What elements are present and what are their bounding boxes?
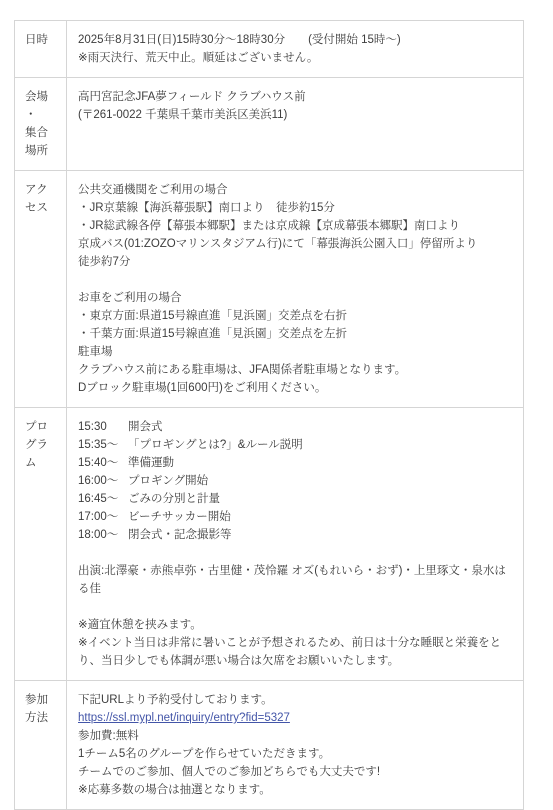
schedule-time: 15:30 xyxy=(78,418,128,436)
text-line: 駐車場 xyxy=(78,343,509,361)
text-line: ※適宜休憩を挟みます。 xyxy=(78,616,509,634)
schedule-line: 16:45〜ごみの分別と計量 xyxy=(78,490,509,508)
row-label-datetime: 日時 xyxy=(15,21,67,77)
row-label-program: プログラム xyxy=(15,408,67,680)
table-row-access: アクセス公共交通機関をご利用の場合・JR京葉線【海浜幕張駅】南口より 徒歩約15… xyxy=(15,170,523,407)
row-label-line: 会場 xyxy=(25,88,62,106)
text-line: 参加費:無料 xyxy=(78,727,509,745)
text-line: ・東京方面:県道15号線直進「見浜園」交差点を右折 xyxy=(78,307,509,325)
text-line: ・千葉方面:県道15号線直進「見浜園」交差点を左折 xyxy=(78,325,509,343)
schedule-line: 17:00〜ビーチサッカー開始 xyxy=(78,508,509,526)
schedule-title: ビーチサッカー開始 xyxy=(128,508,509,526)
text-line: 2025年8月31日(日)15時30分〜18時30分 (受付開始 15時〜) xyxy=(78,31,509,49)
schedule-title: プロギング開始 xyxy=(128,472,509,490)
page: 日時2025年8月31日(日)15時30分〜18時30分 (受付開始 15時〜)… xyxy=(0,0,553,810)
blank-line xyxy=(78,142,509,160)
schedule-title: 「プロギングとは?」&ルール説明 xyxy=(128,436,509,454)
schedule-line: 15:35〜「プロギングとは?」&ルール説明 xyxy=(78,436,509,454)
schedule-time: 15:35〜 xyxy=(78,436,128,454)
text-line: 1チーム5名のグループを作らせていただきます。 xyxy=(78,745,509,763)
table-row-program: プログラム15:30開会式15:35〜「プロギングとは?」&ルール説明15:40… xyxy=(15,407,523,680)
row-label-line: セス xyxy=(25,199,62,217)
schedule-time: 16:00〜 xyxy=(78,472,128,490)
row-label-line: 参加 xyxy=(25,691,62,709)
row-label-line: ム xyxy=(25,454,62,472)
row-content-datetime: 2025年8月31日(日)15時30分〜18時30分 (受付開始 15時〜)※雨… xyxy=(67,21,523,77)
event-info-table: 日時2025年8月31日(日)15時30分〜18時30分 (受付開始 15時〜)… xyxy=(14,20,524,810)
schedule-time: 18:00〜 xyxy=(78,526,128,544)
row-label-line: プロ xyxy=(25,418,62,436)
row-label-line: 場所 xyxy=(25,142,62,160)
text-line: 高円宮記念JFA夢フィールド クラブハウス前 xyxy=(78,88,509,106)
row-content-access: 公共交通機関をご利用の場合・JR京葉線【海浜幕張駅】南口より 徒歩約15分・JR… xyxy=(67,171,523,407)
blank-line xyxy=(78,544,509,562)
link-line: https://ssl.mypl.net/inquiry/entry?fid=5… xyxy=(78,709,509,727)
text-line: 公共交通機関をご利用の場合 xyxy=(78,181,509,199)
row-label-line: ・ xyxy=(25,106,62,124)
schedule-line: 15:40〜準備運動 xyxy=(78,454,509,472)
text-line: (〒261-0022 千葉県千葉市美浜区美浜11) xyxy=(78,106,509,124)
blank-line xyxy=(78,124,509,142)
text-line: 京成バス(01:ZOZOマリンスタジアム行)にて「幕張海浜公園入口」停留所より xyxy=(78,235,509,253)
row-label-line: アク xyxy=(25,181,62,199)
schedule-title: 準備運動 xyxy=(128,454,509,472)
text-line: ・JR総武線各停【幕張本郷駅】または京成線【京成幕張本郷駅】南口より xyxy=(78,217,509,235)
row-label-line: 方法 xyxy=(25,709,62,727)
table-row-entry: 参加方法下記URLより予約受付しております。https://ssl.mypl.n… xyxy=(15,680,523,809)
text-line: ※イベント当日は非常に暑いことが予想されるため、前日は十分な睡眠と栄養をとり、当… xyxy=(78,634,509,670)
text-line: ※応募多数の場合は抽選となります。 xyxy=(78,781,509,799)
text-line: 出演:北澤豪・赤熊卓弥・古里健・茂怜羅 オズ(もれいら・おず)・上里琢文・泉水は… xyxy=(78,562,509,598)
reservation-link[interactable]: https://ssl.mypl.net/inquiry/entry?fid=5… xyxy=(78,709,290,727)
schedule-title: 開会式 xyxy=(128,418,509,436)
text-line: ・JR京葉線【海浜幕張駅】南口より 徒歩約15分 xyxy=(78,199,509,217)
blank-line xyxy=(78,598,509,616)
row-content-program: 15:30開会式15:35〜「プロギングとは?」&ルール説明15:40〜準備運動… xyxy=(67,408,523,680)
schedule-title: ごみの分別と計量 xyxy=(128,490,509,508)
row-content-entry: 下記URLより予約受付しております。https://ssl.mypl.net/i… xyxy=(67,681,523,809)
row-label-venue: 会場・集合場所 xyxy=(15,78,67,170)
text-line: クラブハウス前にある駐車場は、JFA関係者駐車場となります。 xyxy=(78,361,509,379)
text-line: ※雨天決行、荒天中止。順延はございません。 xyxy=(78,49,509,67)
table-row-venue: 会場・集合場所高円宮記念JFA夢フィールド クラブハウス前(〒261-0022 … xyxy=(15,77,523,170)
schedule-line: 15:30開会式 xyxy=(78,418,509,436)
text-line: 下記URLより予約受付しております。 xyxy=(78,691,509,709)
schedule-line: 18:00〜閉会式・記念撮影等 xyxy=(78,526,509,544)
table-row-datetime: 日時2025年8月31日(日)15時30分〜18時30分 (受付開始 15時〜)… xyxy=(15,21,523,77)
schedule-time: 17:00〜 xyxy=(78,508,128,526)
schedule-title: 閉会式・記念撮影等 xyxy=(128,526,509,544)
blank-line xyxy=(78,271,509,289)
text-line: チームでのご参加、個人でのご参加どちらでも大丈夫です! xyxy=(78,763,509,781)
row-label-line: 日時 xyxy=(25,31,62,49)
row-label-access: アクセス xyxy=(15,171,67,407)
text-line: お車をご利用の場合 xyxy=(78,289,509,307)
schedule-line: 16:00〜プロギング開始 xyxy=(78,472,509,490)
row-label-entry: 参加方法 xyxy=(15,681,67,809)
schedule-time: 16:45〜 xyxy=(78,490,128,508)
schedule-time: 15:40〜 xyxy=(78,454,128,472)
row-content-venue: 高円宮記念JFA夢フィールド クラブハウス前(〒261-0022 千葉県千葉市美… xyxy=(67,78,523,170)
text-line: 徒歩約7分 xyxy=(78,253,509,271)
row-label-line: グラ xyxy=(25,436,62,454)
text-line: Dブロック駐車場(1回600円)をご利用ください。 xyxy=(78,379,509,397)
row-label-line: 集合 xyxy=(25,124,62,142)
